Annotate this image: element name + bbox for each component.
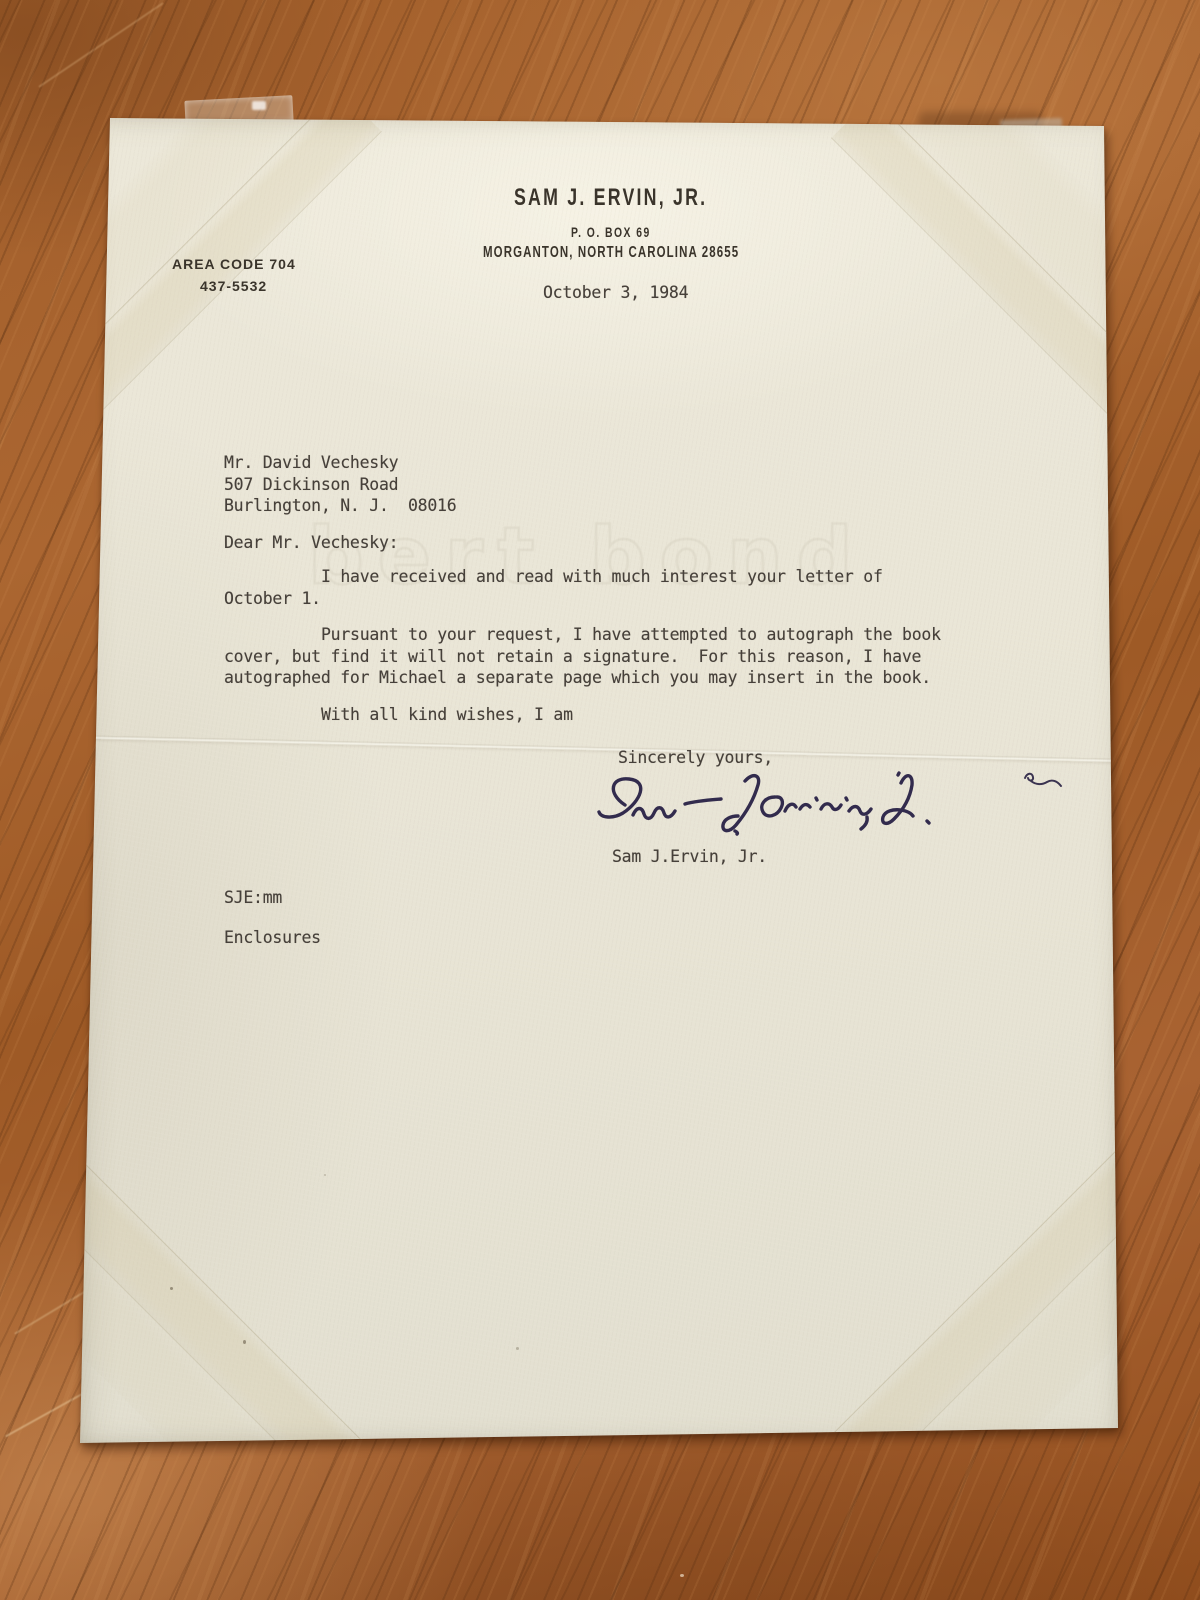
body-line: autographed for Michael a separate page …: [224, 670, 931, 687]
paper-speck: [170, 1287, 173, 1290]
body-line: I have received and read with much inter…: [321, 569, 883, 586]
body-line: cover, but find it will not retain a sig…: [224, 649, 921, 666]
tape-glint: [252, 101, 266, 110]
body-line: With all kind wishes, I am: [321, 707, 573, 724]
recipient-street: 507 Dickinson Road: [224, 477, 398, 494]
reference-initials: SJE:mm: [224, 890, 282, 907]
body-line: October 1.: [224, 591, 321, 608]
body-line: Pursuant to your request, I have attempt…: [321, 627, 941, 644]
tape-corner-top-left: [28, 89, 382, 443]
letter-paper: bert bond SAM J. ERVIN, JR. P. O. BOX 69…: [80, 118, 1118, 1443]
paper-watermark: bert bond: [308, 512, 866, 602]
recipient-city: Burlington, N. J. 08016: [224, 498, 456, 515]
ink-squiggle-mark: [1018, 768, 1070, 796]
wood-scratch: [38, 2, 163, 88]
letterhead-city-line: MORGANTON, NORTH CAROLINA 28655: [92, 244, 1130, 262]
letterhead-area-code: AREA CODE 704: [172, 256, 296, 272]
closing-line: Sincerely yours,: [618, 750, 773, 767]
fold-crease: [68, 735, 1143, 763]
date-line: October 3, 1984: [543, 285, 688, 302]
tape-corner-bottom-right: [831, 1145, 1165, 1479]
letterhead-name-text: SAM J. ERVIN, JR.: [514, 184, 707, 212]
recipient-name: Mr. David Vechesky: [224, 455, 398, 472]
letterhead-po-box-text: P. O. BOX 69: [571, 224, 651, 240]
paper-speck: [516, 1347, 519, 1350]
letterhead-po-box: P. O. BOX 69: [92, 224, 1130, 240]
tape-corner-top-right: [831, 97, 1155, 421]
paper-speck: [243, 1340, 246, 1344]
paper-speck: [324, 1174, 326, 1176]
enclosure-note: Enclosures: [224, 930, 321, 947]
photo-of-letter: bert bond SAM J. ERVIN, JR. P. O. BOX 69…: [0, 0, 1200, 1600]
salutation: Dear Mr. Vechesky:: [224, 535, 398, 552]
letterhead-name: SAM J. ERVIN, JR.: [92, 184, 1130, 212]
signature-script: [585, 771, 965, 853]
letter-paper-wrapper: bert bond SAM J. ERVIN, JR. P. O. BOX 69…: [80, 118, 1118, 1443]
letterhead-phone: 437-5532: [200, 278, 267, 294]
wood-dust-speck: [680, 1574, 684, 1577]
letterhead-city-text: MORGANTON, NORTH CAROLINA 28655: [483, 244, 739, 262]
typed-signature-name: Sam J.Ervin, Jr.: [612, 849, 767, 866]
